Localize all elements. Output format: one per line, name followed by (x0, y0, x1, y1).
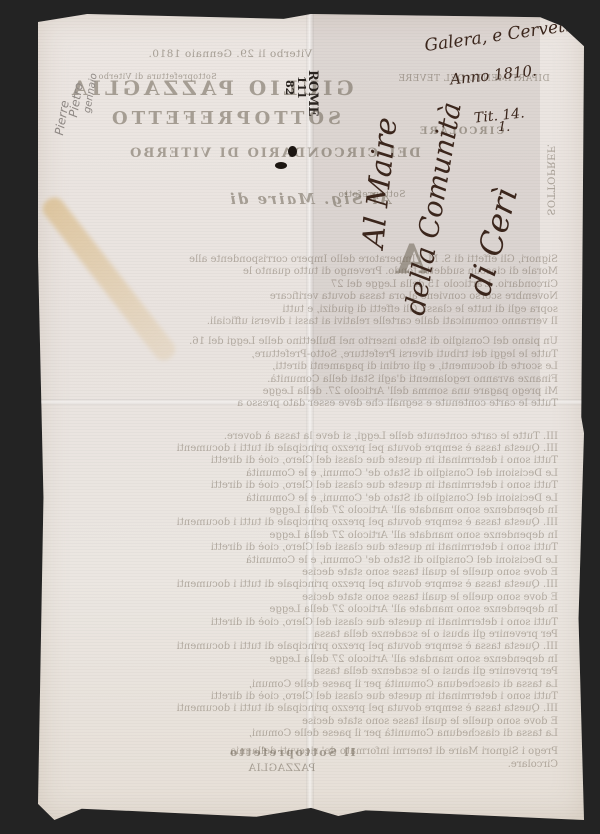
handwritten-item-number: 1. (498, 120, 510, 135)
postmark-number-1: 111 (295, 76, 308, 99)
body-line: Il verranno comunicati dalle cartelle re… (98, 316, 558, 328)
body-line: Le Decisioni del Consiglio di Stato de' … (98, 555, 558, 567)
body-line: In dependenze sono mandate all' Articolo… (98, 654, 558, 666)
body-line: Mi prego pagare una somma dell' Articolo… (98, 386, 558, 398)
body-line: Finanze avranno regolamenti d'agli Stati… (98, 374, 558, 386)
body-line: III. Tutte le carte contenute delle Legg… (98, 431, 558, 443)
body-line: Circolare. (98, 759, 558, 771)
body-line: In dependenze sono mandate all' Articolo… (98, 604, 558, 616)
body-line: Le Decisioni del Consiglio di Stato de' … (98, 468, 558, 480)
body-line: In dependenze sono mandate all' Articolo… (98, 530, 558, 542)
body-line: III. Questa tassa è sempre dovuta pel pr… (98, 579, 558, 591)
body-line: Tutte le carte contenute e segnali che d… (98, 398, 558, 410)
postmark-number-2: 82 (283, 80, 296, 95)
body-line: Un piano del Consiglio di Stato inserito… (98, 336, 558, 348)
body-line: La tassa di ciascheduna Comunità per il … (98, 728, 558, 740)
body-line: III. Questa tassa è sempre dovuta pel pr… (98, 641, 558, 653)
body-line: III. Questa tassa è sempre dovuta pel pr… (98, 443, 558, 455)
printed-date-line: Viterbo li 29. Gennaio 1810. (148, 48, 312, 60)
body-line: Tutti sono i determinati in queste due c… (98, 480, 558, 492)
body-line: Tutte le leggi dei tributi diversi Prefe… (98, 349, 558, 361)
body-line: E dove sono quelle le quali tasse sono s… (98, 716, 558, 728)
body-line: Le Decisioni del Consiglio di Stato de' … (98, 493, 558, 505)
ink-blot (275, 162, 287, 169)
body-line: In dependenze sono mandate all' Articolo… (98, 505, 558, 517)
body-line: III. Questa tassa è sempre dovuta pel pr… (98, 517, 558, 529)
body-line: Le scorte di documenti, e gli ordini di … (98, 361, 558, 373)
printed-signature-name: PAZZAGLIA (248, 762, 315, 774)
body-line: sopra egli di tutte le classi. Gli effet… (98, 304, 558, 316)
body-line: Tutti sono i determinati in queste due c… (98, 691, 558, 703)
body-line: E dove sono quelle le quali tasse sono s… (98, 592, 558, 604)
printed-signature-title: Il Sottoprefetto (228, 746, 356, 759)
body-line: III. Questa tassa è sempre dovuta pel pr… (98, 703, 558, 715)
body-line: La tassa di ciascheduna Comunità per il … (98, 679, 558, 691)
body-line: Per prevenire gli abusi o le scadenze de… (98, 666, 558, 678)
folded-letter: Viterbo li 29. Gennaio 1810. GIULIO PAZZ… (38, 14, 584, 820)
body-line: E dove sono quelle le quali tasse sono s… (98, 567, 558, 579)
body-line: Tutti sono i determinati in queste due c… (98, 617, 558, 629)
printed-body-text: Signori, Gli effetti di S. M. l'Imperato… (98, 254, 558, 771)
printed-left-box: Sottoprefettura di Viterbo (98, 72, 217, 81)
body-line: Tutti sono i determinati in queste due c… (98, 542, 558, 554)
ink-blot (288, 146, 297, 157)
body-line: Per prevenire gli abusi o le scadenze de… (98, 629, 558, 641)
body-line: Tutti sono i determinati in queste due c… (98, 455, 558, 467)
printed-right-stamp: SOTTOPREF. (544, 144, 555, 216)
